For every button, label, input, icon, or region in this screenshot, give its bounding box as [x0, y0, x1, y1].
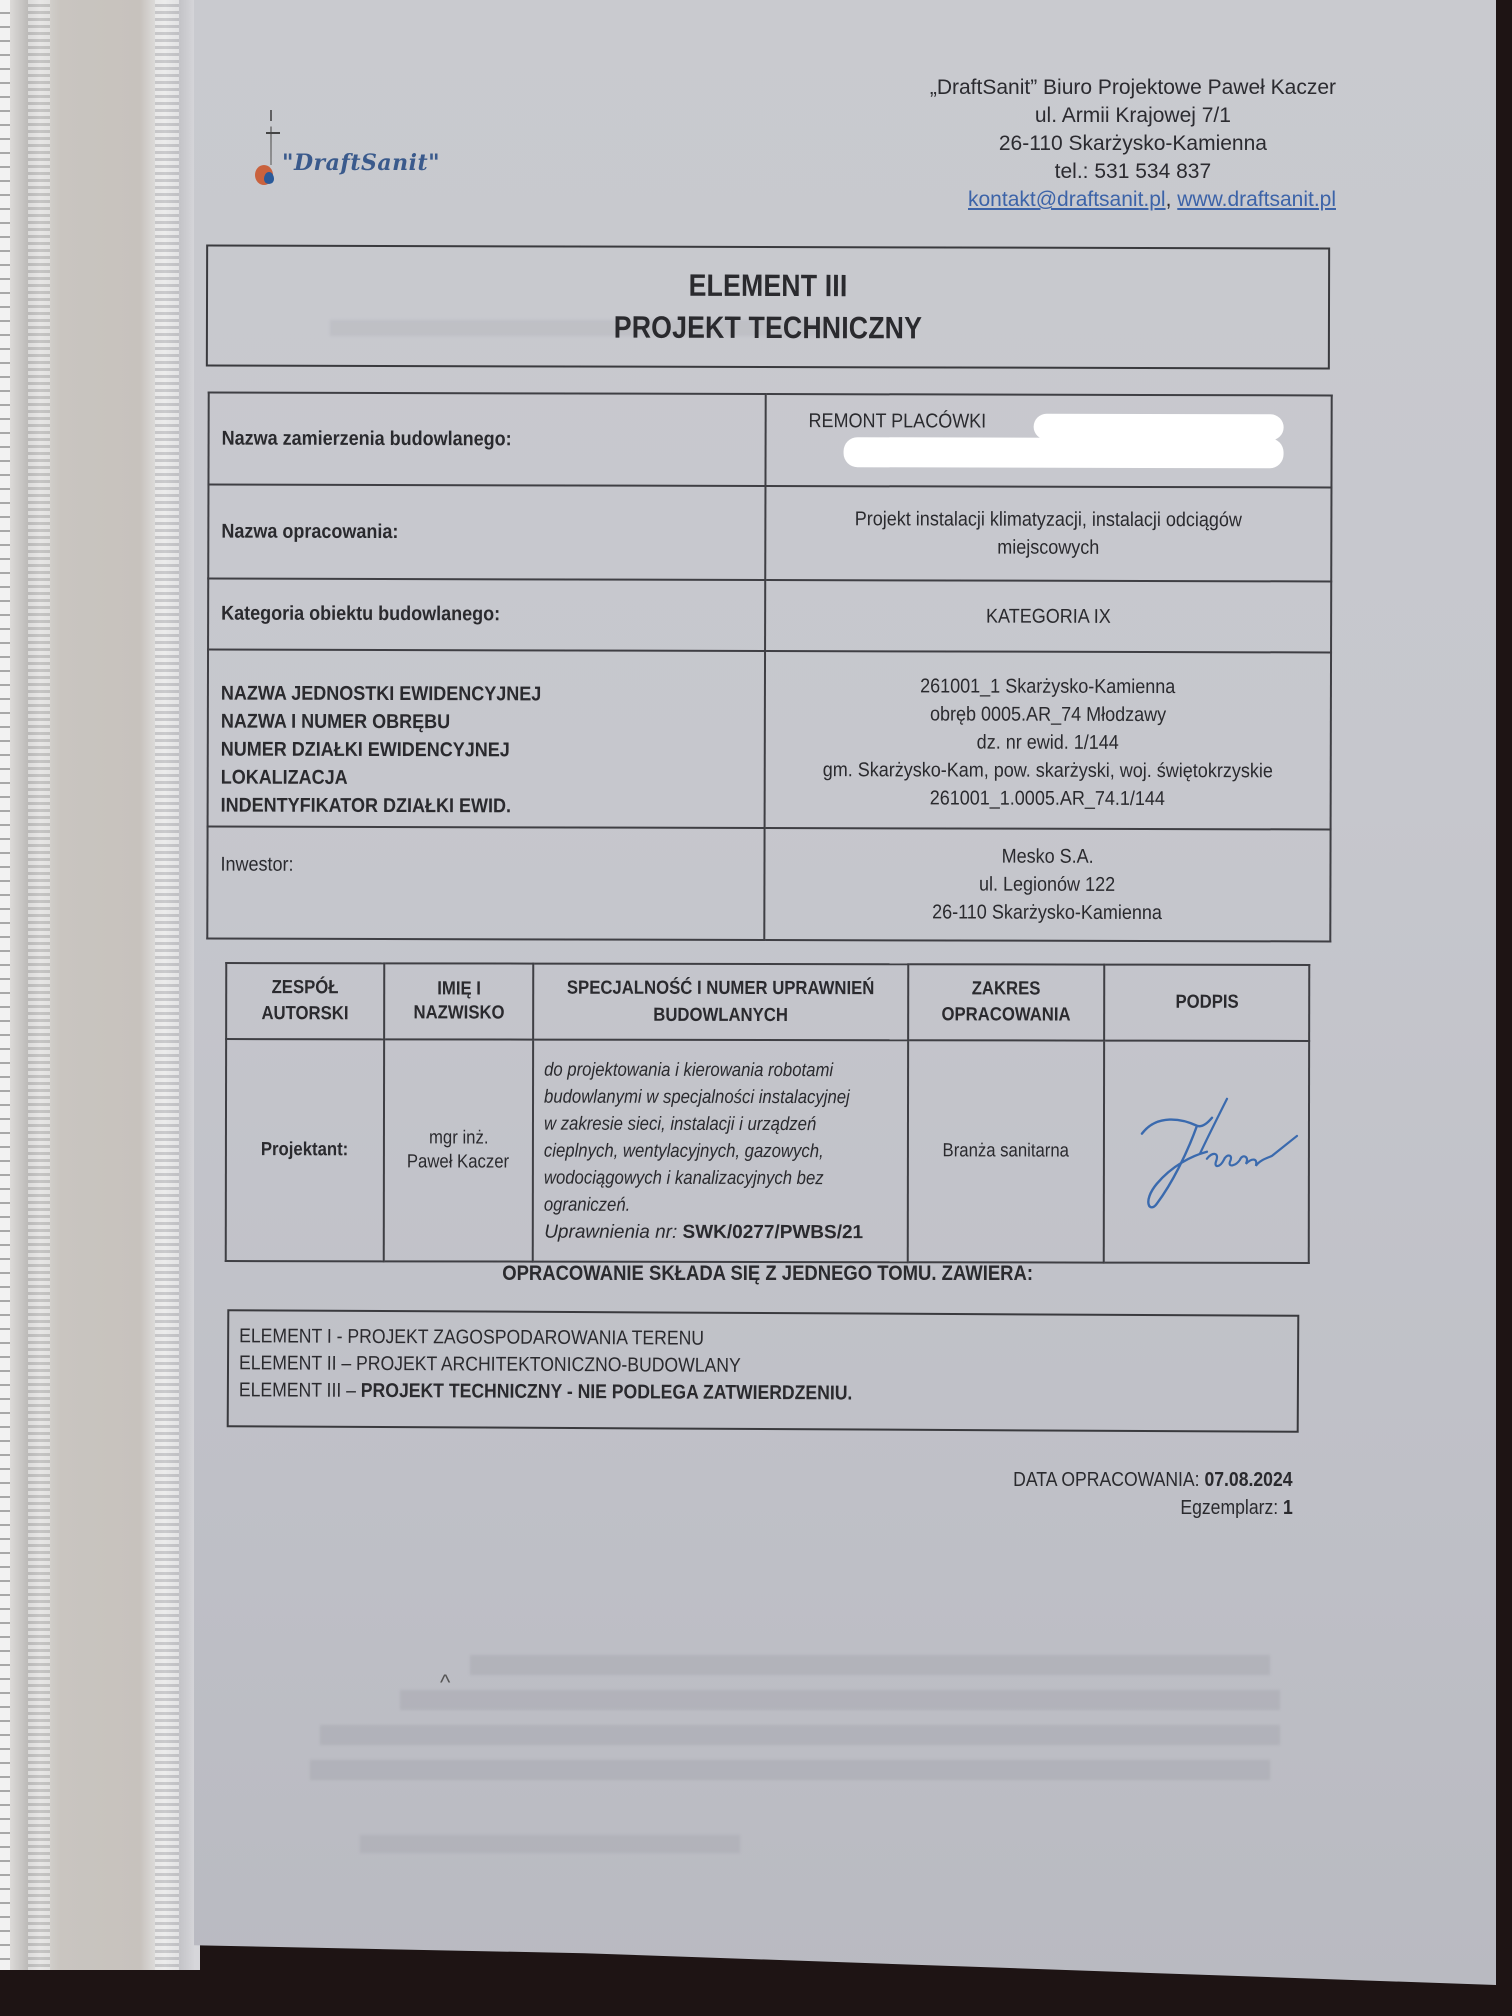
copy-line: Egzemplarz: 1: [975, 1494, 1293, 1522]
signature-cell: [1104, 1041, 1309, 1263]
pen-mark: ^: [440, 1670, 450, 1696]
investor-values: Mesko S.A. ul. Legionów 122 26-110 Skarż…: [764, 828, 1330, 941]
header-scope: ZAKRES OPRACOWANIA: [908, 964, 1104, 1040]
contents-heading: OPRACOWANIE SKŁADA SIĘ Z JEDNEGO TOMU. Z…: [225, 1262, 1310, 1286]
company-logo: "DraftSanit": [250, 110, 450, 190]
binder-ridge: [28, 0, 50, 1970]
project-info-table: Nazwa zamierzenia budowlanego: REMONT PL…: [206, 392, 1332, 943]
header-name: IMIĘ I NAZWISKO: [384, 963, 534, 1039]
investor-label: Inwestor:: [207, 827, 764, 940]
company-name: „DraftSanit” Biuro Projektowe Paweł Kacz…: [930, 74, 1336, 102]
bleed-through: [310, 1760, 1270, 1780]
document-title-box: ELEMENT III PROJEKT TECHNICZNY: [206, 245, 1330, 370]
bleed-through: [320, 1725, 1280, 1745]
email-link[interactable]: kontakt@draftsanit.pl: [968, 188, 1166, 211]
table-row: NAZWA JEDNOSTKI EWIDENCYJNEJ NAZWA I NUM…: [208, 650, 1331, 830]
header-specialty: SPECJALNOŚĆ I NUMER UPRAWNIEŃ BUDOWLANYC…: [534, 964, 909, 1041]
document-date-block: DATA OPRACOWANIA: 07.08.2024 Egzemplarz:…: [975, 1466, 1293, 1522]
contents-item: ELEMENT III – PROJEKT TECHNICZNY - NIE P…: [239, 1377, 1287, 1409]
logo-text: "DraftSanit": [282, 150, 440, 176]
bleed-through: [360, 1835, 740, 1853]
study-value: Projekt instalacji klimatyzacji, instala…: [765, 486, 1331, 581]
table-row: Projektant: mgr inż. Paweł Kaczer do pro…: [226, 1039, 1309, 1263]
binder-spine: [0, 0, 200, 1970]
name-cell: mgr inż. Paweł Kaczer: [383, 1039, 533, 1261]
date-value: 07.08.2024: [1205, 1469, 1293, 1491]
binder-ridge: [155, 0, 179, 1970]
company-street: ul. Armii Krajowej 7/1: [930, 102, 1336, 130]
table-row: Nazwa opracowania: Projekt instalacji kl…: [208, 485, 1331, 582]
copy-value: 1: [1283, 1497, 1293, 1519]
license-prefix: Uprawnienia nr:: [544, 1221, 682, 1242]
study-label: Nazwa opracowania:: [208, 485, 765, 580]
company-phone: tel.: 531 534 837: [930, 158, 1336, 186]
header-signature: PODPIS: [1104, 965, 1309, 1041]
title-element: ELEMENT III: [286, 264, 1249, 309]
signature-icon: [1111, 1074, 1301, 1224]
redacted-area: [1034, 414, 1284, 441]
date-line: DATA OPRACOWANIA: 07.08.2024: [975, 1466, 1293, 1494]
location-labels: NAZWA JEDNOSTKI EWIDENCYJNEJ NAZWA I NUM…: [208, 650, 765, 828]
redacted-area: [844, 437, 1284, 468]
category-label: Kategoria obiektu budowlanego:: [208, 579, 765, 651]
specialty-cell: do projektowania i kierowania robotami b…: [533, 1040, 908, 1263]
company-contact: „DraftSanit” Biuro Projektowe Paweł Kacz…: [930, 74, 1336, 214]
location-values: 261001_1 Skarżysko-Kamienna obręb 0005.A…: [765, 651, 1331, 829]
logo-water-drop-icon: [264, 172, 274, 184]
logo-pipe-icon: [270, 110, 272, 165]
author-team-table: ZESPÓŁ AUTORSKI IMIĘ I NAZWISKO SPECJALN…: [225, 962, 1311, 1264]
website-link[interactable]: www.draftsanit.pl: [1177, 188, 1336, 211]
binder-edge: [0, 0, 10, 1970]
bleed-through: [470, 1655, 1270, 1675]
category-value: KATEGORIA IX: [765, 580, 1331, 652]
investment-name: REMONT PLACÓWKI: [808, 407, 986, 435]
table-row: Inwestor: Mesko S.A. ul. Legionów 122 26…: [207, 827, 1330, 942]
bleed-through: [400, 1690, 1280, 1710]
investment-value: REMONT PLACÓWKI: [765, 394, 1331, 487]
table-row: Nazwa zamierzenia budowlanego: REMONT PL…: [208, 393, 1331, 488]
logo-valve-icon: [266, 132, 280, 134]
investment-label: Nazwa zamierzenia budowlanego:: [208, 393, 765, 486]
scope-cell: Branża sanitarna: [908, 1040, 1104, 1262]
contents-list: ELEMENT I - PROJEKT ZAGOSPODAROWANIA TER…: [227, 1309, 1300, 1433]
company-links: kontakt@draftsanit.pl, www.draftsanit.pl: [930, 186, 1336, 214]
table-row: Kategoria obiektu budowlanego: KATEGORIA…: [208, 579, 1331, 653]
title-project: PROJEKT TECHNICZNY: [286, 306, 1249, 351]
link-separator: ,: [1166, 188, 1178, 211]
company-city: 26-110 Skarżysko-Kamienna: [930, 130, 1336, 158]
table-header-row: ZESPÓŁ AUTORSKI IMIĘ I NAZWISKO SPECJALN…: [226, 963, 1309, 1041]
license-number: SWK/0277/PWBS/21: [683, 1221, 864, 1242]
specialty-text: do projektowania i kierowania robotami b…: [544, 1056, 855, 1219]
role-cell: Projektant:: [226, 1039, 384, 1261]
header-team: ZESPÓŁ AUTORSKI: [226, 963, 384, 1039]
